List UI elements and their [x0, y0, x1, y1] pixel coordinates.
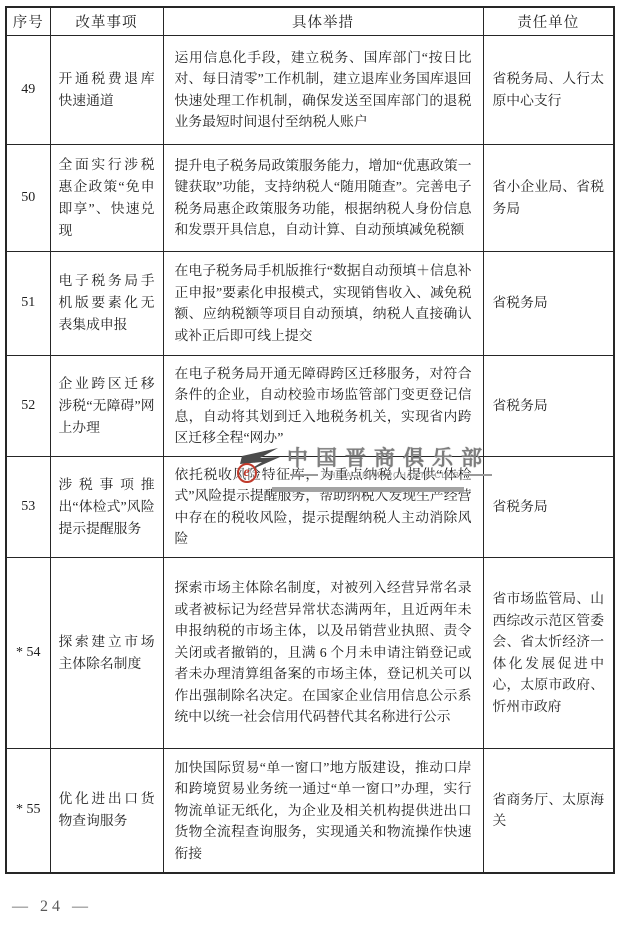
unit-cell: 省市场监管局、山西综改示范区管委会、省太忻经济一体化发展促进中心，太原市政府、忻…: [483, 557, 614, 748]
header-unit: 责任单位: [483, 7, 614, 35]
row-no-cell: 51: [6, 251, 50, 355]
table-row: 49 开通税费退库快速通道 运用信息化手段，建立税务、国库部门“按日比对、每日清…: [6, 35, 614, 144]
unit-cell: 省税务局: [483, 251, 614, 355]
unit-cell: 省税务局: [483, 355, 614, 456]
measures-cell: 探索市场主体除名制度，对被列入经营异常名录或者被标记为经营异常状态满两年，且近两…: [163, 557, 483, 748]
page-number: — 24 —: [12, 898, 92, 916]
reform-item-cell: 开通税费退库快速通道: [50, 35, 163, 144]
table-row: 50 全面实行涉税惠企政策“免申即享”、快速兑现 提升电子税务局政策服务能力，增…: [6, 144, 614, 251]
measures-cell: 在电子税务局手机版推行“数据自动预填＋信息补正申报”要素化申报模式，实现销售收入…: [163, 251, 483, 355]
unit-cell: 省小企业局、省税务局: [483, 144, 614, 251]
reform-item-cell: 电子税务局手机版要素化无表集成申报: [50, 251, 163, 355]
table-row: 51 电子税务局手机版要素化无表集成申报 在电子税务局手机版推行“数据自动预填＋…: [6, 251, 614, 355]
table-row: 53 涉税事项推出“体检式”风险提示提醒服务 依托税收风险特征库，为重点纳税人提…: [6, 456, 614, 557]
document-page: 序号 改革事项 具体举措 责任单位 49 开通税费退库快速通道 运用信息化手段，…: [0, 0, 624, 939]
table-row: * 55 优化进出口货物查询服务 加快国际贸易“单一窗口”地方版建设，推动口岸和…: [6, 748, 614, 873]
row-no-cell: * 55: [6, 748, 50, 873]
header-no: 序号: [6, 7, 50, 35]
header-reform-item: 改革事项: [50, 7, 163, 35]
row-no-cell: 50: [6, 144, 50, 251]
table-row: * 54 探索建立市场主体除名制度 探索市场主体除名制度，对被列入经营异常名录或…: [6, 557, 614, 748]
reform-item-cell: 涉税事项推出“体检式”风险提示提醒服务: [50, 456, 163, 557]
reform-item-cell: 优化进出口货物查询服务: [50, 748, 163, 873]
measures-cell: 提升电子税务局政策服务能力，增加“优惠政策一键获取”功能，支持纳税人“随用随查”…: [163, 144, 483, 251]
unit-cell: 省税务局: [483, 456, 614, 557]
measures-cell: 在电子税务局开通无障碍跨区迁移服务，对符合条件的企业，自动校验市场监管部门变更登…: [163, 355, 483, 456]
unit-cell: 省商务厅、太原海关: [483, 748, 614, 873]
table-row: 52 企业跨区迁移涉税“无障碍”网上办理 在电子税务局开通无障碍跨区迁移服务，对…: [6, 355, 614, 456]
header-measures: 具体举措: [163, 7, 483, 35]
reform-item-cell: 探索建立市场主体除名制度: [50, 557, 163, 748]
table-header-row: 序号 改革事项 具体举措 责任单位: [6, 7, 614, 35]
measures-cell: 加快国际贸易“单一窗口”地方版建设，推动口岸和跨境贸易业务统一通过“单一窗口”办…: [163, 748, 483, 873]
unit-cell: 省税务局、人行太原中心支行: [483, 35, 614, 144]
row-no-cell: * 54: [6, 557, 50, 748]
measures-cell: 运用信息化手段，建立税务、国库部门“按日比对、每日清零”工作机制，建立退库业务国…: [163, 35, 483, 144]
reform-item-cell: 全面实行涉税惠企政策“免申即享”、快速兑现: [50, 144, 163, 251]
reform-item-cell: 企业跨区迁移涉税“无障碍”网上办理: [50, 355, 163, 456]
row-no-cell: 53: [6, 456, 50, 557]
measures-cell: 依托税收风险特征库，为重点纳税人提供“体检式”风险提示提醒服务，帮助纳税人发现生…: [163, 456, 483, 557]
reform-measures-table: 序号 改革事项 具体举措 责任单位 49 开通税费退库快速通道 运用信息化手段，…: [5, 6, 615, 874]
row-no-cell: 49: [6, 35, 50, 144]
row-no-cell: 52: [6, 355, 50, 456]
